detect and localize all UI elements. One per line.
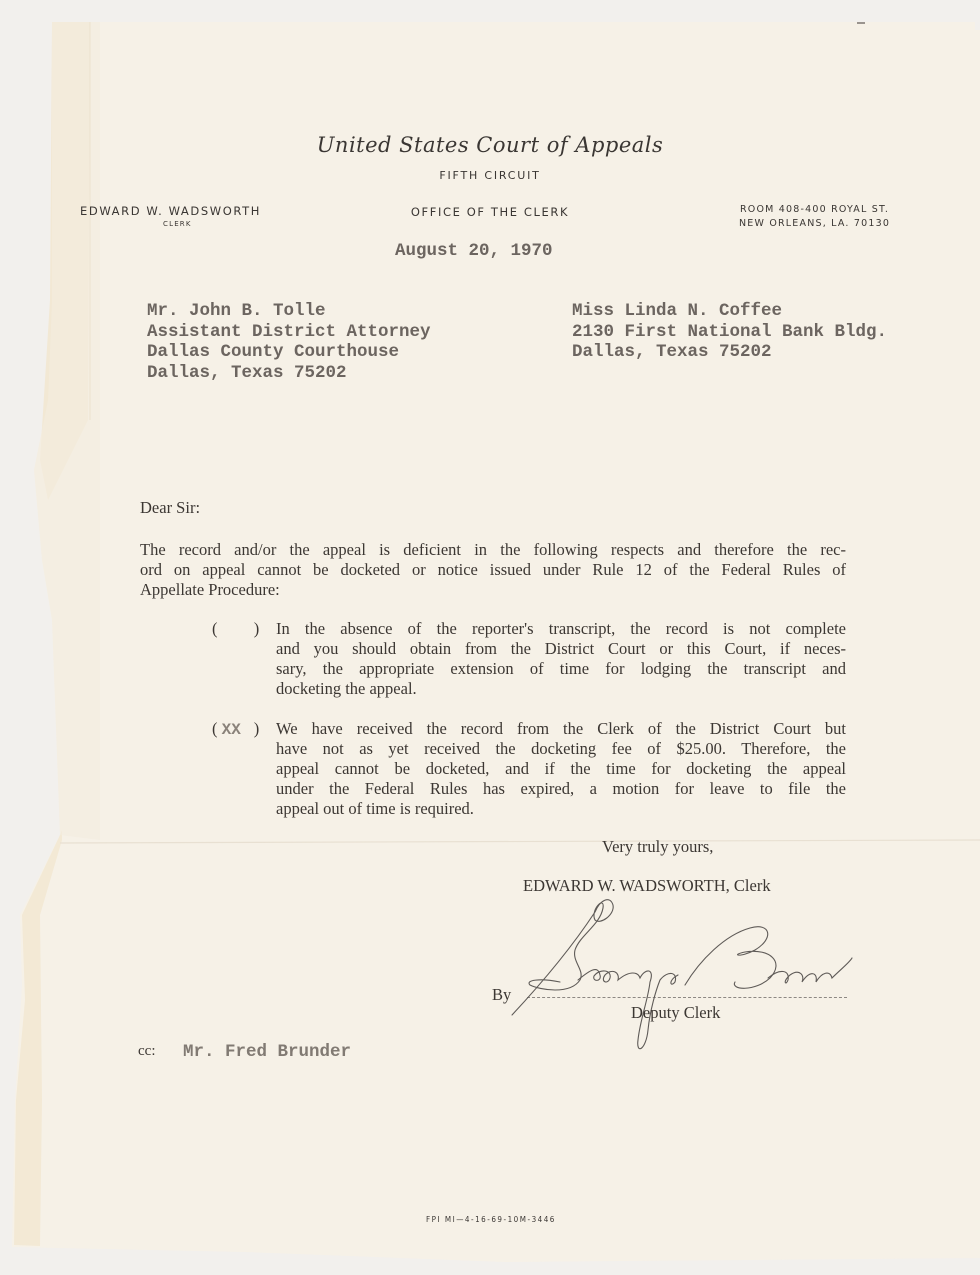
- address-line-2: NEW ORLEANS, LA. 70130: [739, 218, 890, 229]
- item-2-text: We have received the record from the Cle…: [276, 719, 846, 819]
- salutation: Dear Sir:: [140, 498, 200, 518]
- deputy-clerk-label: Deputy Clerk: [631, 1003, 720, 1023]
- item-line: have not as yet received the docketing f…: [276, 739, 846, 759]
- address-line: Assistant District Attorney: [147, 322, 431, 343]
- item-line: appeal out of time is required.: [276, 799, 846, 819]
- checkbox-mark-typed-xx: XX: [222, 721, 250, 739]
- item-line: and you should obtain from the District …: [276, 639, 846, 659]
- item-line: under the Federal Rules has expired, a m…: [276, 779, 846, 799]
- address-line: Miss Linda N. Coffee: [572, 301, 887, 322]
- item-line: We have received the record from the Cle…: [276, 719, 846, 739]
- cc-label: cc:: [138, 1043, 155, 1060]
- item-line: docketing the appeal.: [276, 679, 846, 699]
- intro-line: Appellate Procedure:: [140, 580, 846, 600]
- form-code: FPI MI—4-16-69-10M-3446: [426, 1215, 556, 1224]
- recipient-2-address: Miss Linda N. Coffee 2130 First National…: [572, 301, 887, 363]
- intro-line: ord on appeal cannot be docketed or noti…: [140, 560, 846, 580]
- item-line: appeal cannot be docketed, and if the ti…: [276, 759, 846, 779]
- checkbox-close-paren: ): [254, 619, 260, 638]
- address-line: 2130 First National Bank Bldg.: [572, 322, 887, 343]
- checkbox-open-paren: (: [212, 719, 218, 738]
- cc-name: Mr. Fred Brunder: [183, 1042, 351, 1063]
- item-2-checkbox[interactable]: ( XX ): [212, 719, 259, 739]
- letter-page: United States Court of Appeals FIFTH CIR…: [0, 0, 980, 1275]
- signature-scribble-icon: George Bauer: [500, 890, 880, 1060]
- court-name-heading: United States Court of Appeals: [0, 133, 980, 157]
- item-1-text: In the absence of the reporter's transcr…: [276, 619, 846, 699]
- address-line: Dallas County Courthouse: [147, 342, 431, 363]
- letter-date: August 20, 1970: [395, 241, 553, 262]
- item-line: In the absence of the reporter's transcr…: [276, 619, 846, 639]
- checkbox-close-paren: ): [254, 719, 260, 738]
- intro-line: The record and/or the appeal is deficien…: [140, 540, 846, 560]
- circuit-label: FIFTH CIRCUIT: [0, 169, 980, 182]
- item-line: sary, the appropriate extension of time …: [276, 659, 846, 679]
- intro-paragraph: The record and/or the appeal is deficien…: [140, 540, 846, 600]
- address-line-1: ROOM 408-400 ROYAL ST.: [740, 204, 889, 215]
- checkbox-open-paren: (: [212, 619, 218, 638]
- address-line: Mr. John B. Tolle: [147, 301, 431, 322]
- address-line: Dallas, Texas 75202: [572, 342, 887, 363]
- recipient-1-address: Mr. John B. Tolle Assistant District Att…: [147, 301, 431, 383]
- address-line: Dallas, Texas 75202: [147, 363, 431, 384]
- valediction: Very truly yours,: [602, 837, 713, 857]
- clerk-title-letterhead: CLERK: [163, 220, 192, 228]
- item-1-checkbox[interactable]: ( ): [212, 619, 259, 639]
